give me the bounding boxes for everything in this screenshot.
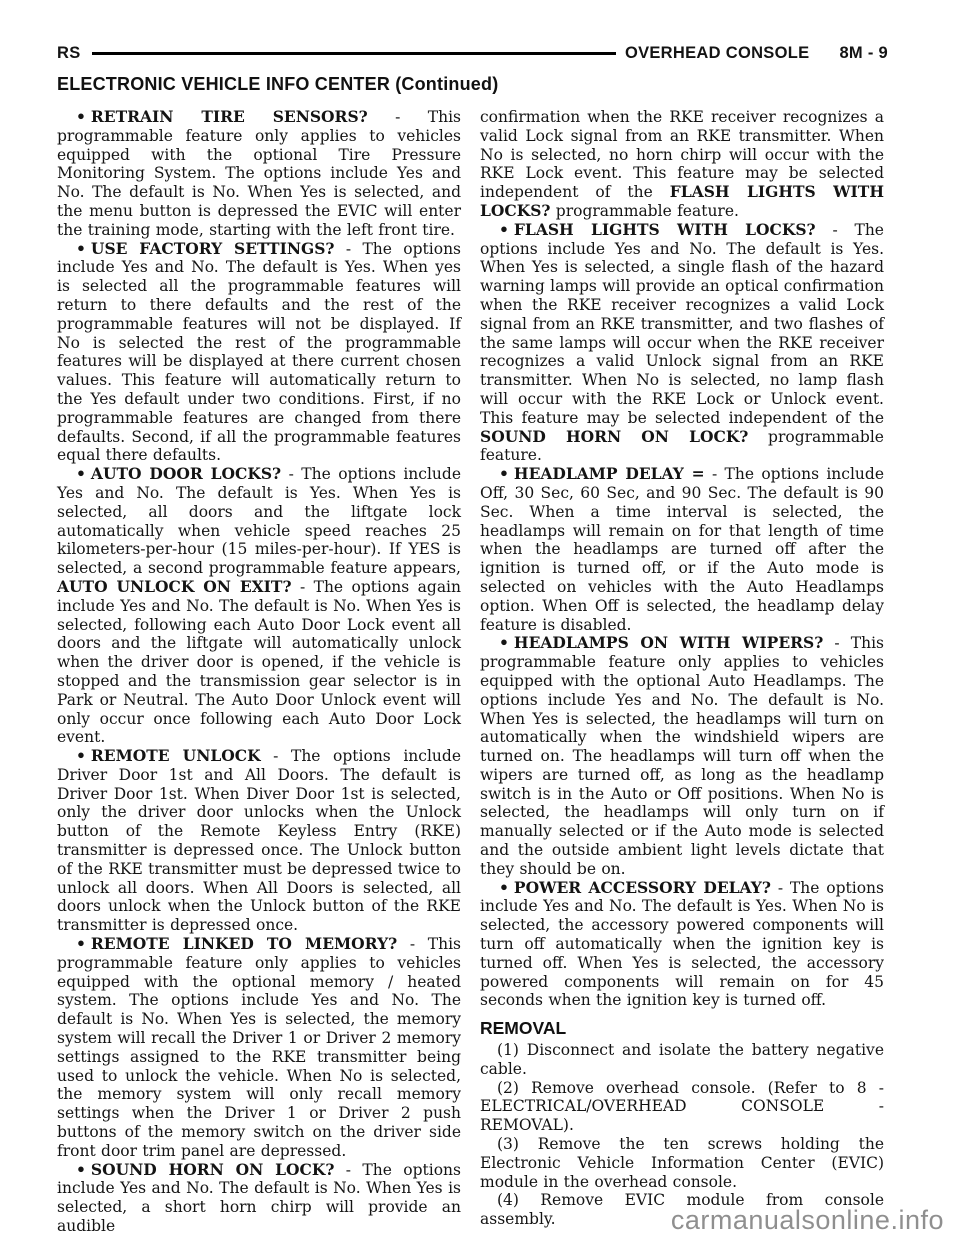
- paragraph: •RETRAIN TIRE SENSORS? - This programmab…: [57, 108, 461, 240]
- section-heading: REMOVAL: [480, 1019, 884, 1038]
- paragraph: •SOUND HORN ON LOCK? - The options inclu…: [57, 1161, 461, 1236]
- header-section-title: OVERHEAD CONSOLE: [625, 44, 810, 63]
- paragraph: •POWER ACCESSORY DELAY? - The options in…: [480, 879, 884, 1011]
- paragraph: •FLASH LIGHTS WITH LOCKS? - The options …: [480, 221, 884, 465]
- header-page-number: 8M - 9: [839, 44, 888, 63]
- bullet-icon: •: [76, 934, 86, 953]
- two-column-content: •RETRAIN TIRE SENSORS? - This programmab…: [57, 108, 884, 1236]
- right-column: confirmation when the RKE receiver recog…: [480, 108, 884, 1236]
- manual-page: RS OVERHEAD CONSOLE 8M - 9 ELECTRONIC VE…: [0, 0, 960, 1242]
- article-title: ELECTRONIC VEHICLE INFO CENTER (Continue…: [57, 74, 498, 95]
- header-rule: [92, 52, 616, 55]
- page-header: RS OVERHEAD CONSOLE 8M - 9: [57, 44, 888, 63]
- bullet-icon: •: [499, 633, 509, 652]
- bullet-icon: •: [76, 239, 86, 258]
- paragraph: •HEADLAMPS ON WITH WIPERS? - This progra…: [480, 634, 884, 878]
- paragraph: •USE FACTORY SETTINGS? - The options inc…: [57, 240, 461, 466]
- bullet-icon: •: [76, 107, 86, 126]
- paragraph: •REMOTE UNLOCK - The options include Dri…: [57, 747, 461, 935]
- manual-code: RS: [57, 44, 81, 63]
- paragraph: •AUTO DOOR LOCKS? - The options include …: [57, 465, 461, 747]
- bullet-icon: •: [76, 464, 86, 483]
- paragraph: confirmation when the RKE receiver recog…: [480, 108, 884, 221]
- watermark: carmanualsonline.info: [671, 1205, 944, 1236]
- bullet-icon: •: [499, 220, 509, 239]
- bullet-icon: •: [499, 464, 509, 483]
- bullet-icon: •: [76, 746, 86, 765]
- paragraph: •HEADLAMP DELAY = - The options include …: [480, 465, 884, 634]
- procedure-step: (1) Disconnect and isolate the battery n…: [480, 1041, 884, 1079]
- procedure-step: (2) Remove overhead console. (Refer to 8…: [480, 1079, 884, 1135]
- left-column: •RETRAIN TIRE SENSORS? - This programmab…: [57, 108, 461, 1236]
- paragraph: •REMOTE LINKED TO MEMORY? - This program…: [57, 935, 461, 1161]
- bullet-icon: •: [499, 878, 509, 897]
- bullet-icon: •: [76, 1160, 86, 1179]
- procedure-step: (3) Remove the ten screws holding the El…: [480, 1135, 884, 1191]
